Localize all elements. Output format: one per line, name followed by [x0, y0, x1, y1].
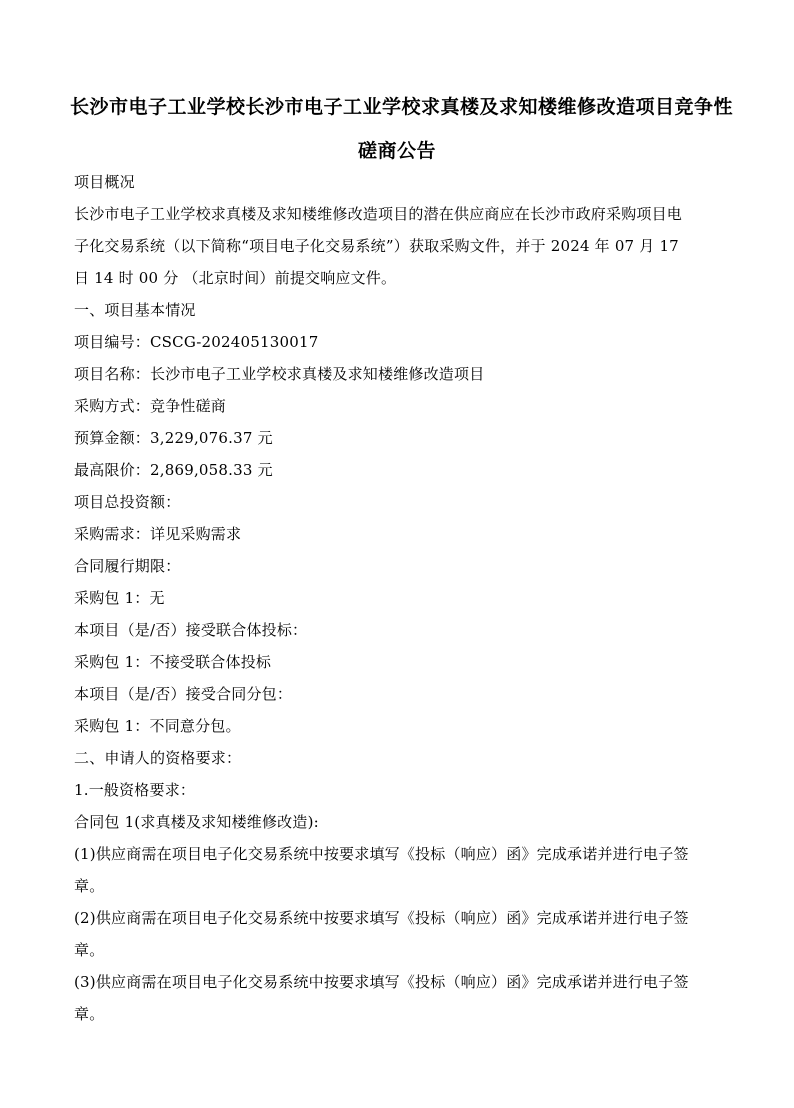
section1-heading: 一、项目基本情况 [74, 294, 722, 326]
procurement-requirements: 采购需求：详见采购需求 [74, 518, 722, 550]
overview-line: 长沙市电子工业学校求真楼及求知楼维修改造项目的潜在供应商应在长沙市政府采购项目电 [74, 198, 722, 230]
contract-package-label: 合同包 1(求真楼及求知楼维修改造): [74, 806, 722, 838]
document-title-line1: 长沙市电子工业学校长沙市电子工业学校求真楼及求知楼维修改造项目竞争性 [70, 92, 724, 119]
total-investment: 项目总投资额： [74, 486, 722, 518]
consortium-question: 本项目（是/否）接受联合体投标： [74, 614, 722, 646]
general-qualification-heading: 1.一般资格要求： [74, 774, 722, 806]
overview-heading: 项目概况 [74, 166, 722, 198]
package1-consortium: 采购包 1：不接受联合体投标 [74, 646, 722, 678]
budget-amount: 预算金额：3,229,076.37 元 [74, 422, 722, 454]
overview-line: 子化交易系统（以下简称“项目电子化交易系统”）获取采购文件，并于 2024 年 … [74, 230, 722, 262]
qualification-item: (3)供应商需在项目电子化交易系统中按要求填写《投标（响应）函》完成承诺并进行电… [74, 966, 722, 998]
procurement-method: 采购方式：竞争性磋商 [74, 390, 722, 422]
overview-line: 日 14 时 00 分 （北京时间）前提交响应文件。 [74, 262, 722, 294]
package1-period: 采购包 1：无 [74, 582, 722, 614]
contract-period: 合同履行期限： [74, 550, 722, 582]
project-name: 项目名称：长沙市电子工业学校求真楼及求知楼维修改造项目 [74, 358, 722, 390]
qualification-item-cont: 章。 [74, 998, 722, 1030]
document-title-line2: 磋商公告 [70, 136, 724, 163]
qualification-item-cont: 章。 [74, 870, 722, 902]
section2-heading: 二、申请人的资格要求： [74, 742, 722, 774]
document-body: 项目概况 长沙市电子工业学校求真楼及求知楼维修改造项目的潜在供应商应在长沙市政府… [74, 166, 722, 1030]
qualification-item: (2)供应商需在项目电子化交易系统中按要求填写《投标（响应）函》完成承诺并进行电… [74, 902, 722, 934]
qualification-item-cont: 章。 [74, 934, 722, 966]
project-number: 项目编号：CSCG-202405130017 [74, 326, 722, 358]
qualification-item: (1)供应商需在项目电子化交易系统中按要求填写《投标（响应）函》完成承诺并进行电… [74, 838, 722, 870]
package1-subcontract: 采购包 1：不同意分包。 [74, 710, 722, 742]
document-page: 长沙市电子工业学校长沙市电子工业学校求真楼及求知楼维修改造项目竞争性 磋商公告 … [0, 0, 794, 1108]
max-price: 最高限价：2,869,058.33 元 [74, 454, 722, 486]
subcontract-question: 本项目（是/否）接受合同分包： [74, 678, 722, 710]
